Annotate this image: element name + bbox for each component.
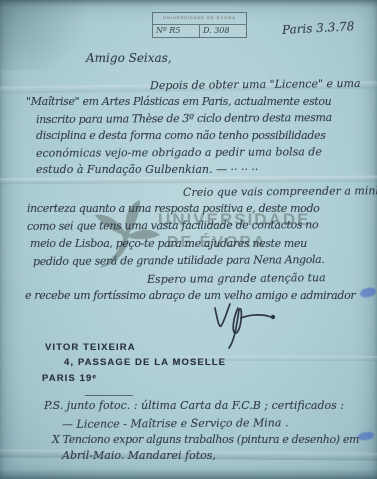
- handwritten-line: disciplina e desta forma como não tenho …: [36, 130, 326, 143]
- sender-city: PARIS 19ᵉ: [42, 374, 97, 384]
- ps-line: Abril-Maio. Mandarei fotos,: [62, 450, 216, 463]
- letter-page: UNIVERSIDADE DE ÉVORA UNIVERSIDADE DE ÉV…: [0, 0, 377, 479]
- handwritten-line: Espero uma grande atenção tua: [147, 272, 326, 287]
- handwritten-line: Creio que vais compreender a minha: [183, 185, 377, 199]
- archive-stamp: UNIVERSIDADE DE ÉVORA Nº R5 D. 308: [152, 12, 247, 38]
- stamp-left-field: Nº R5: [153, 25, 199, 38]
- handwritten-line: meio de Lisboa, peço-te para me ajudares…: [30, 238, 307, 251]
- stamp-right-field: D. 308: [199, 25, 246, 38]
- salutation: Amigo Seixas,: [86, 52, 172, 66]
- handwritten-line: e recebe um fortíssimo abraço de um velh…: [25, 290, 355, 303]
- ink-smudge: [358, 431, 375, 441]
- date-line: Paris 3.3.78: [282, 20, 355, 38]
- ps-line: — Licence - Maîtrise e Serviço de Mina .: [62, 417, 289, 431]
- ps-separator: [85, 395, 133, 396]
- fold-crease: [0, 176, 377, 185]
- sender-name: VITOR TEIXEIRA: [45, 343, 136, 353]
- handwritten-line: económicas vejo-me obrigado a pedir uma …: [36, 146, 322, 160]
- bottom-edge-shadow: [0, 469, 377, 479]
- handwritten-line: incerteza quanto a uma resposta positiva…: [27, 203, 319, 216]
- ps-line: X Tenciono expor alguns trabalhos (pintu…: [52, 434, 359, 447]
- sender-street: 4, PASSAGE DE LA MOSELLE: [64, 358, 226, 368]
- top-edge-shadow: [0, 0, 377, 7]
- handwritten-line: "Maîtrise" em Artes Plásticas em Paris, …: [26, 96, 331, 109]
- signature-scrawl: [205, 298, 283, 350]
- handwritten-line: inscrito para uma Thèse de 3º ciclo dent…: [36, 112, 332, 127]
- handwritten-line: Depois de obter uma "Licence" e uma: [150, 78, 361, 93]
- handwritten-line: pedido que será de grande utilidade para…: [33, 254, 325, 269]
- ps-line: P.S. junto fotoc. : última Carta da F.C.…: [44, 400, 344, 413]
- handwritten-line: estudo à Fundação Gulbenkian. — ·· ·· ··: [36, 164, 258, 177]
- ink-smudge: [359, 286, 377, 299]
- handwritten-line: como sei que tens uma vasta facilidade d…: [27, 219, 318, 233]
- stamp-header: UNIVERSIDADE DE ÉVORA: [153, 13, 246, 25]
